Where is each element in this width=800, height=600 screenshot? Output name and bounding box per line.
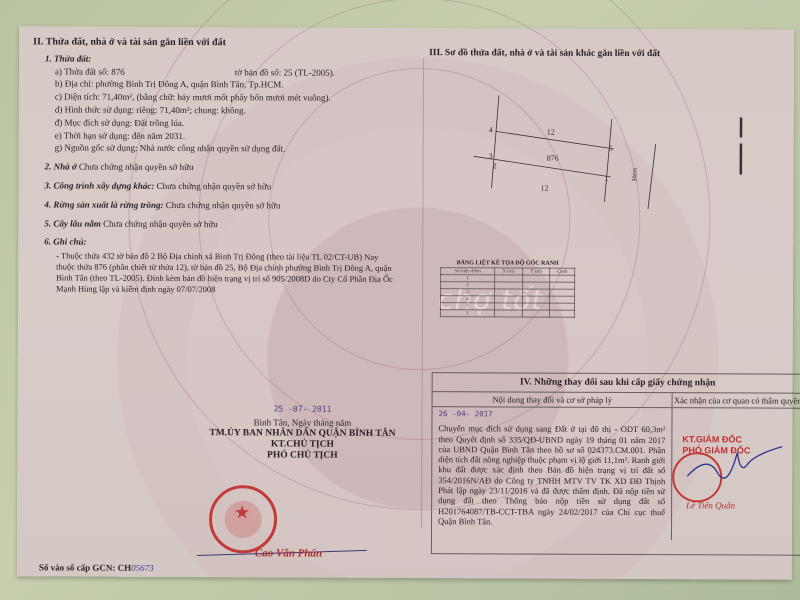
usage-purpose: đ) Mục đích sử dụng: Đất trồng lúa. [55,116,413,130]
svg-text:12: 12 [547,128,555,137]
section-plot-diagram: III. Sơ đồ thửa đất, nhà ở và tài sản kh… [429,48,794,63]
notes-text: - Thuộc thửa 432 tờ bản đồ 2 Bộ Địa chín… [56,251,396,296]
issue-date-stamp: 25 -07- 2011 [188,403,418,415]
svg-text:12: 12 [540,184,548,193]
section-3-title: III. Sơ đồ thửa đất, nhà ở và tài sản kh… [429,48,794,60]
section-2-title: II. Thửa đất, nhà ở và tài sản gắn liền … [33,36,413,50]
registration-number: Số vào sổ cấp GCN: CH05673 [39,562,154,573]
section-land-info: II. Thửa đất, nhà ở và tài sản gắn liền … [32,36,413,296]
issuer-signature-block: 25 -07- 2011 Bình Tân, Ngày tháng năm TM… [187,403,417,462]
parcel-number: a) Thửa đất số: 876 [55,65,125,78]
svg-text:2: 2 [493,161,497,170]
change-entry: 26 -04- 2017 Chuyển mục đích sử dụng san… [432,407,673,540]
map-sheet: tờ bản đồ số: 25 (TL-2005). [235,66,335,79]
change-date-stamp: 26 -04- 2017 [438,409,665,420]
change-entry-text: Chuyển mục đích sử dụng sang Đất ở tại đ… [438,423,665,527]
changes-table: IV. Những thay đổi sau khi cấp giấy chứn… [431,372,800,556]
section-4-title: IV. Những thay đổi sau khi cấp giấy chứn… [433,373,800,394]
coord-table-title: BẢNG LIỆT KÊ TỌA ĐỘ GÓC RANH [440,260,575,267]
perennial-trees-row: 5. Cây lâu năm Chưa chứng nhận quyền sở … [44,217,412,231]
coord-table-row: 1 [440,310,574,318]
column-content-header: Nội dung thay đổi và cơ sở pháp lý [433,392,673,407]
official-seal-icon: ★ [209,485,277,553]
signer-name: Cao Văn Phấn [255,547,322,559]
usage-form: d) Hình thức sử dụng: riêng: 71,40m²; ch… [55,103,413,117]
plot-diagram: 12 876 12 4 3 2 5 1 Hẻm [428,68,794,210]
signer-role-2: PHÓ CHỦ TỊCH [187,450,417,462]
approval-cell: KT.GIÁM ĐỐCPHÓ GIÁM ĐỐC Lê Tiến Quân [672,408,800,541]
corner-coordinates-table: BẢNG LIỆT KÊ TỌA ĐỘ GÓC RANH Số hiệu điể… [440,260,575,318]
issuing-organization: TM.ỦY BAN NHÂN DÂN QUẬN BÌNH TÂN [187,428,417,440]
north-arrow-icon [739,117,744,174]
svg-text:876: 876 [547,154,559,163]
approval-signature [682,444,782,484]
usage-origin: g) Nguồn gốc sử dụng: Nhà nước công nhận… [55,142,413,156]
svg-text:Hẻm: Hẻm [631,167,639,181]
svg-text:4: 4 [489,125,493,134]
registration-number-handwritten: 05673 [131,563,154,573]
notes-title: 6. Ghi chú: [44,236,412,250]
svg-text:1: 1 [605,174,609,183]
star-icon: ★ [234,502,250,523]
planted-forest-row: 4. Rừng sản xuất là rừng trồng: Chưa chứ… [44,198,412,212]
column-confirmation-header: Xác nhận của cơ quan có thẩm quyền [673,393,800,408]
house-row: 2. Nhà ở Chưa chứng nhận quyền sở hữu [45,161,413,175]
approval-signer-name: Lê Tiến Quân [686,500,735,510]
certificate-page: chợ tốt II. Thửa đất, nhà ở và tài sản g… [17,26,794,579]
svg-text:5: 5 [609,144,613,153]
svg-text:3: 3 [489,151,493,160]
other-construction-row: 3. Công trình xây dựng khác: Chưa chứng … [44,179,412,193]
